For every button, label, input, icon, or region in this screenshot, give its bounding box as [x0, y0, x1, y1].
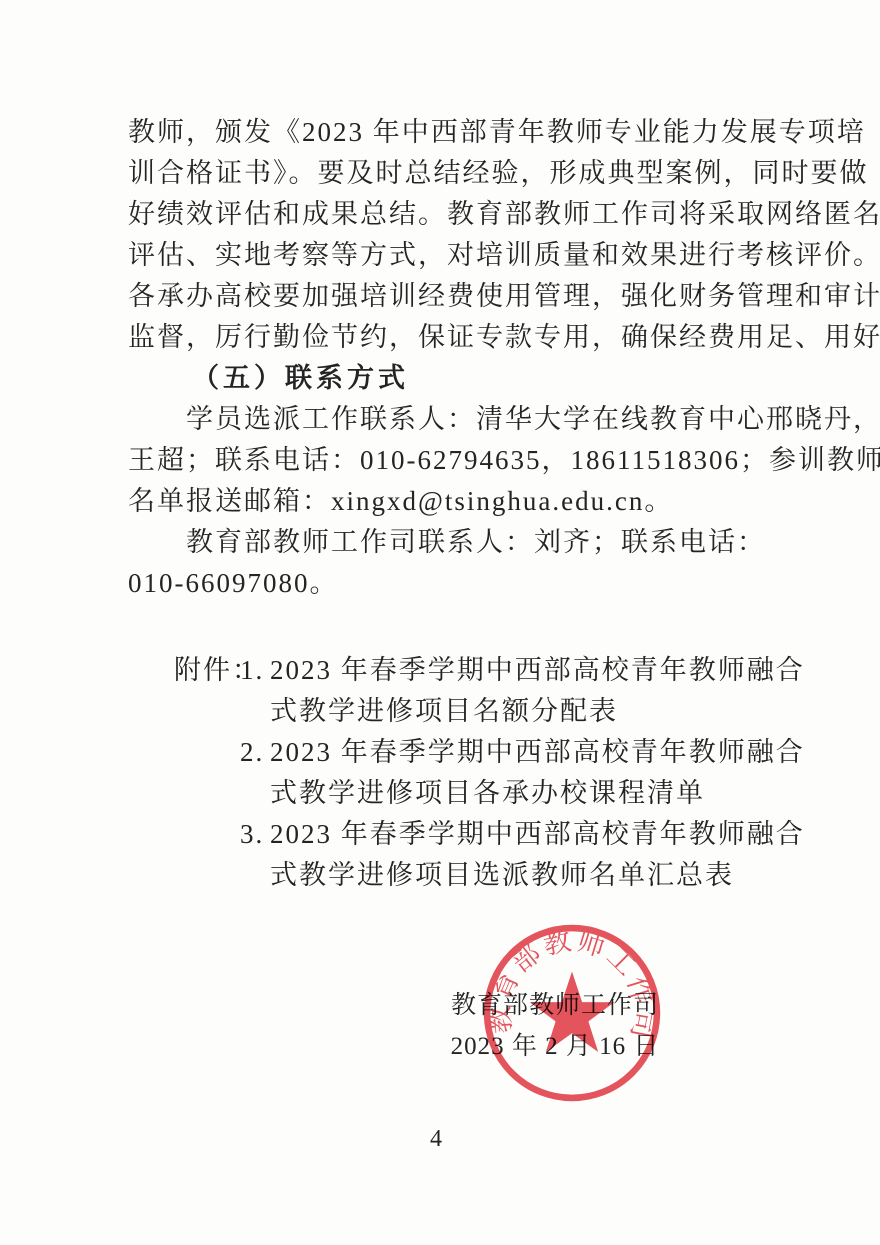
attachment-item-title: 2023 年春季学期中西部高校青年教师融合式教学进修项目名额分配表 [270, 650, 805, 732]
text-line: 教师，颁发《2023 年中西部青年教师专业能力发展专项培 [128, 112, 748, 153]
attachment-item-2: 2. 2023 年春季学期中西部高校青年教师融合式教学进修项目各承办校课程清单 [240, 732, 748, 814]
text-line: 训合格证书》。要及时总结经验，形成典型案例，同时要做 [128, 153, 748, 194]
attachment-section: 附件： 1. 2023 年春季学期中西部高校青年教师融合式教学进修项目名额分配表… [128, 650, 748, 896]
section-heading-contact: （五）联系方式 [128, 358, 748, 399]
document-page: 教师，颁发《2023 年中西部青年教师专业能力发展专项培训合格证书》。要及时总结… [0, 0, 880, 1245]
attachment-item-number: 3. [240, 814, 270, 855]
text-line: 010-66097080。 [128, 563, 748, 604]
text-line: 2023 年春季学期中西部高校青年教师融合 [270, 650, 805, 691]
attachment-item-1: 1. 2023 年春季学期中西部高校青年教师融合式教学进修项目名额分配表 [240, 650, 748, 732]
text-line: 2023 年春季学期中西部高校青年教师融合 [270, 814, 805, 855]
paragraph-ministry-contact: 教育部教师工作司联系人：刘齐；联系电话：010-66097080。 [128, 522, 748, 604]
text-line: 各承办高校要加强培训经费使用管理，强化财务管理和审计 [128, 276, 748, 317]
attachment-item-3: 3. 2023 年春季学期中西部高校青年教师融合式教学进修项目选派教师名单汇总表 [240, 814, 748, 896]
paragraph-evaluation-funding: 教师，颁发《2023 年中西部青年教师专业能力发展专项培训合格证书》。要及时总结… [128, 112, 748, 358]
text-line: 2023 年春季学期中西部高校青年教师融合 [270, 732, 805, 773]
text-line: 式教学进修项目选派教师名单汇总表 [270, 855, 805, 896]
official-seal-stamp: 教育部教师工作司 [481, 922, 663, 1104]
text-line: 好绩效评估和成果总结。教育部教师工作司将采取网络匿名 [128, 194, 748, 235]
attachment-label: 附件： [174, 650, 261, 691]
text-line: 监督，厉行勤俭节约，保证专款专用，确保经费用足、用好。 [128, 317, 748, 358]
paragraph-trainee-contact: 学员选派工作联系人：清华大学在线教育中心邢晓丹，王超；联系电话：010-6279… [128, 399, 748, 522]
text-line: 学员选派工作联系人：清华大学在线教育中心邢晓丹， [128, 399, 748, 440]
attachment-item-title: 2023 年春季学期中西部高校青年教师融合式教学进修项目各承办校课程清单 [270, 732, 805, 814]
seal-star-icon [530, 972, 615, 1052]
text-line: 教育部教师工作司联系人：刘齐；联系电话： [128, 522, 748, 563]
text-line: 名单报送邮箱：xingxd@tsinghua.edu.cn。 [128, 481, 748, 522]
text-line: 评估、实地考察等方式，对培训质量和效果进行考核评价。 [128, 235, 748, 276]
attachment-item-title: 2023 年春季学期中西部高校青年教师融合式教学进修项目选派教师名单汇总表 [270, 814, 805, 896]
attachment-item-number: 2. [240, 732, 270, 773]
text-line: 式教学进修项目名额分配表 [270, 691, 805, 732]
page-number: 4 [128, 1124, 744, 1154]
text-line: 王超；联系电话：010-62794635，18611518306；参训教师 [128, 440, 748, 481]
document-body: 教师，颁发《2023 年中西部青年教师专业能力发展专项培训合格证书》。要及时总结… [128, 112, 748, 896]
text-line: 式教学进修项目各承办校课程清单 [270, 773, 805, 814]
